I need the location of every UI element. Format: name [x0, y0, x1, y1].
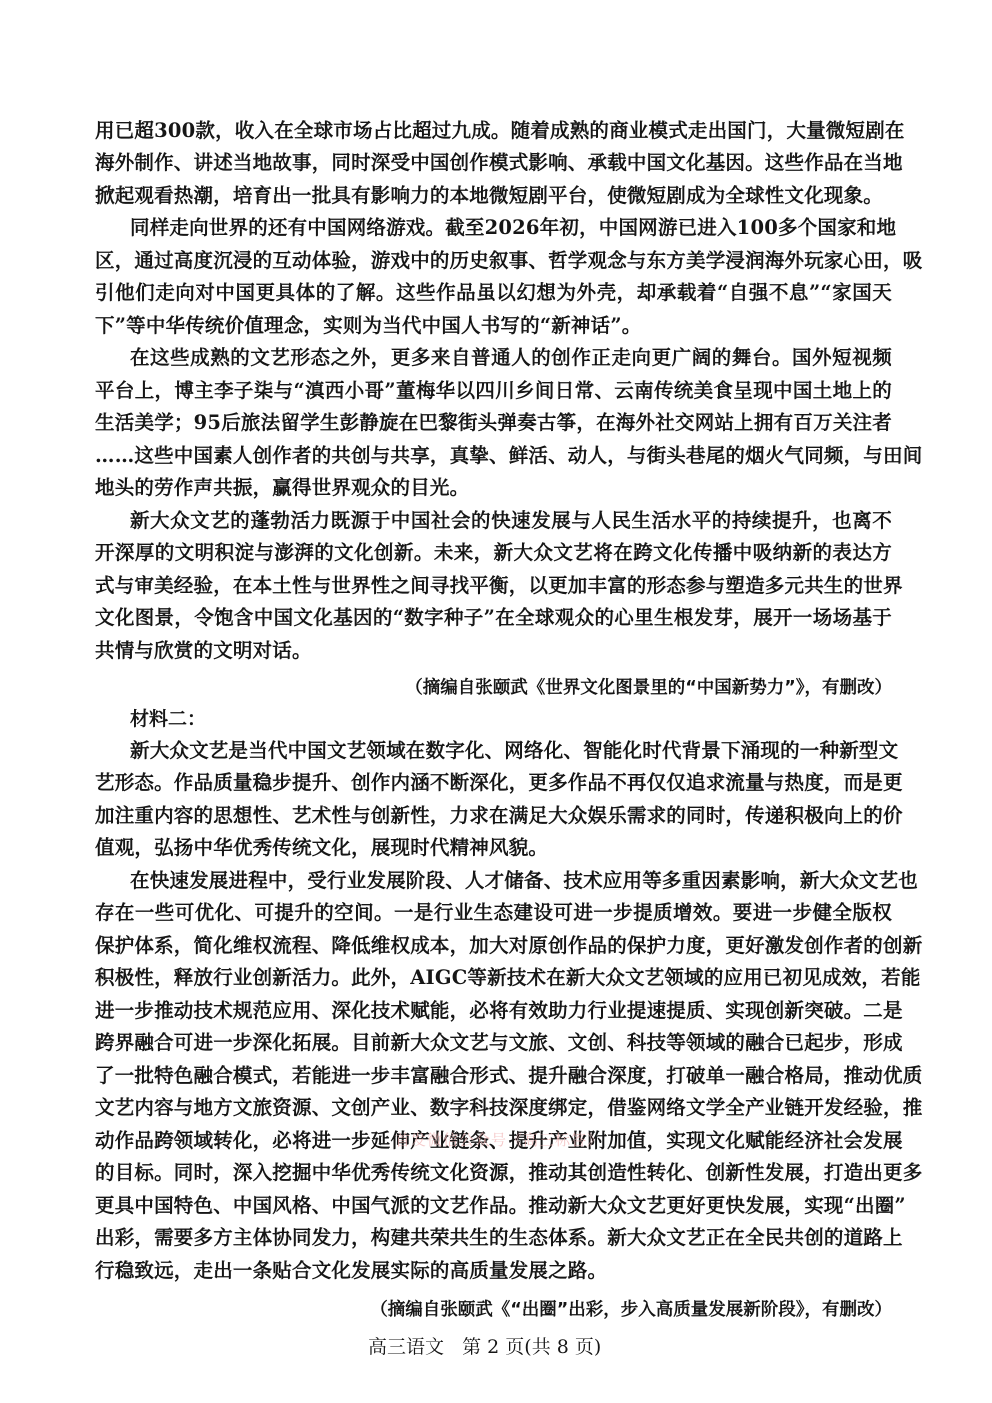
text-line: ……这些中国素人创作者的共创与共享，真挚、鲜活、动人，与街头巷尾的烟火气同频，与…: [95, 441, 892, 471]
text-line: 了一批特色融合模式，若能进一步丰富融合形式、提升融合深度，打破单一融合格局，推动…: [95, 1061, 892, 1091]
text-line: 文化图景，令饱含中国文化基因的“数字种子”在全球观众的心里生根发芽，展开一场场基…: [95, 603, 892, 633]
text-line: 生活美学；95后旅法留学生彭静旋在巴黎街头弹奏古筝，在海外社交网站上拥有百万关注…: [95, 408, 892, 438]
text-line: 艺形态。作品质量稳步提升、创作内涵不断深化，更多作品不再仅仅追求流量与热度，而是…: [95, 768, 892, 798]
exam-page: 用已超300款，收入在全球市场占比超过九成。随着成熟的商业模式走出国门，大量微短…: [0, 0, 992, 1403]
text-line: 动作品跨领域转化，必将进一步延伸产业链条、提升产业附加值，实现文化赋能经济社会发…: [95, 1126, 892, 1156]
text-line: 在这些成熟的文艺形态之外，更多来自普通人的创作正走向更广阔的舞台。国外短视频: [130, 343, 892, 373]
text-line: 平台上，博主李子柒与“滇西小哥”董梅华以四川乡间日常、云南传统美食呈现中国土地上…: [95, 376, 892, 406]
text-line: 值观，弘扬中华优秀传统文化，展现时代精神风貌。: [95, 833, 892, 863]
text-line: 同样走向世界的还有中国网络游戏。截至2026年初，中国网游已进入100多个国家和…: [130, 213, 892, 243]
footer-subject: 高三语文: [368, 1336, 444, 1358]
text-line: 地头的劳作声共振，赢得世界观众的目光。: [95, 473, 892, 503]
page-footer: 高三语文 第 2 页(共 8 页): [368, 1332, 601, 1362]
text-line: 式与审美经验，在本土性与世界性之间寻找平衡，以更加丰富的形态参与塑造多元共生的世…: [95, 571, 892, 601]
text-line: 海外制作、讲述当地故事，同时深受中国创作模式影响、承载中国文化基因。这些作品在当…: [95, 148, 892, 178]
text-line: 新大众文艺是当代中国文艺领域在数字化、网络化、智能化时代背景下涌现的一种新型文: [130, 736, 892, 766]
text-line: 共情与欣赏的文明对话。: [95, 636, 892, 666]
text-line: 掀起观看热潮，培育出一批具有影响力的本地微短剧平台，使微短剧成为全球性文化现象。: [95, 181, 892, 211]
source-citation: （摘编自张颐武《世界文化图景里的“中国新势力”》，有删改）: [405, 674, 892, 702]
text-line: 出彩，需要多方主体协同发力，构建共荣共生的生态体系。新大众文艺正在全民共创的道路…: [95, 1223, 892, 1253]
text-line: 下”等中华传统价值理念，实则为当代中国人书写的“新神话”。: [95, 311, 892, 341]
text-line: 新大众文艺的蓬勃活力既源于中国社会的快速发展与人民生活水平的持续提升，也离不: [130, 506, 892, 536]
text-line: 行稳致远，走出一条贴合文化发展实际的高质量发展之路。: [95, 1256, 892, 1286]
footer-page-number: 第 2 页(共 8 页): [462, 1336, 601, 1358]
text-line: 引他们走向对中国更具体的了解。这些作品虽以幻想为外壳，却承载着“自强不息”“家国…: [95, 278, 892, 308]
text-line: 存在一些可优化、可提升的空间。一是行业生态建设可进一步提质增效。要进一步健全版权: [95, 898, 892, 928]
text-line: 跨界融合可进一步深化拓展。目前新大众文艺与文旅、文创、科技等领域的融合已起步，形…: [95, 1028, 892, 1058]
text-line: 在快速发展进程中，受行业发展阶段、人才储备、技术应用等多重因素影响，新大众文艺也: [130, 866, 892, 896]
text-line: 的目标。同时，深入挖掘中华优秀传统文化资源，推动其创造性转化、创新性发展，打造出…: [95, 1158, 892, 1188]
text-line: 进一步推动技术规范应用、深化技术赋能，必将有效助力行业提速提质、实现创新突破。二…: [95, 996, 892, 1026]
text-line: 加注重内容的思想性、艺术性与创新性，力求在满足大众娱乐需求的同时，传递积极向上的…: [95, 801, 892, 831]
text-line: 区，通过高度沉浸的互动体验，游戏中的历史叙事、哲学观念与东方美学浸润海外玩家心田…: [95, 246, 892, 276]
text-line: 保护体系，简化维权流程、降低维权成本，加大对原创作品的保护力度，更好激发创作者的…: [95, 931, 892, 961]
source-citation: （摘编自张颐武《“出圈”出彩，步入高质量发展新阶段》，有删改）: [370, 1296, 892, 1324]
text-line: 用已超300款，收入在全球市场占比超过九成。随着成熟的商业模式走出国门，大量微短…: [95, 116, 892, 146]
text-line: 积极性，释放行业创新活力。此外，AIGC等新技术在新大众文艺领域的应用已初见成效…: [95, 963, 892, 993]
text-line: 文艺内容与地方文旅资源、文创产业、数字科技深度绑定，借鉴网络文学全产业链开发经验…: [95, 1093, 892, 1123]
section-heading: 材料二：: [130, 704, 206, 734]
text-line: 更具中国特色、中国风格、中国气派的文艺作品。推动新大众文艺更好更快发展，实现“出…: [95, 1191, 892, 1221]
text-line: 开深厚的文明积淀与澎湃的文化创新。未来，新大众文艺将在跨文化传播中吸纳新的表达方: [95, 538, 892, 568]
